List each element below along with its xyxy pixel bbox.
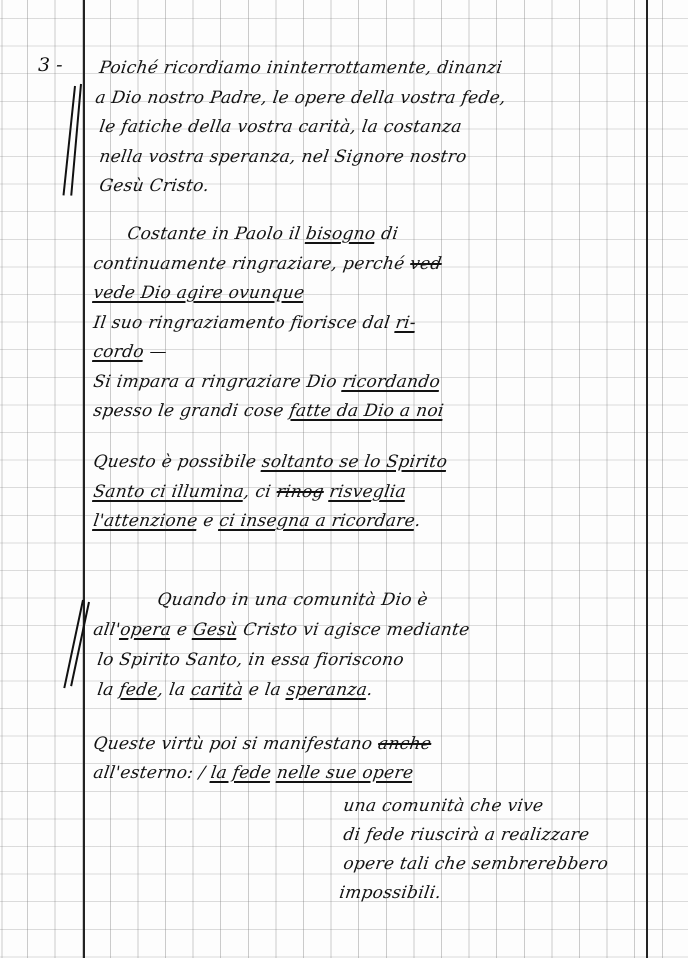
handwritten-text: all'esterno: / xyxy=(92,763,212,783)
handwritten-line: Quando in una comunità Dio è xyxy=(156,590,429,610)
handwritten-line: una comunità che vive xyxy=(342,796,545,816)
underlined-text: carità xyxy=(190,680,245,700)
handwritten-text: Costante in Paolo il xyxy=(126,224,307,244)
handwritten-line: Si impara a ringraziare Dio ricordando xyxy=(92,372,441,392)
handwritten-line: le fatiche della vostra carità, la costa… xyxy=(98,117,463,137)
underlined-text: ricordando xyxy=(341,372,441,392)
handwritten-text: e la xyxy=(242,680,288,700)
handwritten-line: all'opera e Gesù Cristo vi agisce median… xyxy=(92,620,471,640)
handwritten-line: lo Spirito Santo, in essa fioriscono xyxy=(96,650,405,670)
handwritten-text: opere tali che sembrerebbero xyxy=(342,854,610,874)
handwritten-text: le fatiche della vostra carità, la costa… xyxy=(98,117,463,137)
struck-out-text: anche xyxy=(377,734,433,754)
underlined-text: nelle sue opere xyxy=(276,763,415,783)
handwritten-text: Quando in una comunità Dio è xyxy=(156,590,429,610)
handwritten-line: continuamente ringraziare, perché ved xyxy=(92,254,443,274)
underlined-text: bisogno xyxy=(305,224,377,244)
handwritten-text: di fede riuscirà a realizzare xyxy=(342,825,591,845)
left-margin-line xyxy=(83,0,85,958)
handwritten-line: la fede, la carità e la speranza. xyxy=(96,680,374,700)
handwritten-text: Si impara a ringraziare Dio xyxy=(92,372,344,392)
handwritten-text: una comunità che vive xyxy=(342,796,545,816)
underlined-text: vede Dio agire ovunque xyxy=(92,283,306,303)
handwritten-line: di fede riuscirà a realizzare xyxy=(342,825,591,845)
underlined-text: l'attenzione xyxy=(92,511,199,531)
handwritten-line: all'esterno: / la fede nelle sue opere xyxy=(92,763,415,783)
underlined-text: fede xyxy=(118,680,159,700)
handwritten-text: Poiché ricordiamo ininterrottamente, din… xyxy=(98,58,504,78)
underlined-text: Gesù xyxy=(192,620,239,640)
handwritten-text: nella vostra speranza, nel Signore nostr… xyxy=(98,147,468,167)
section-number: 3 - xyxy=(38,54,63,76)
underlined-text: speranza xyxy=(285,680,368,700)
handwritten-text: — xyxy=(143,342,169,362)
handwritten-line: impossibili. xyxy=(338,883,443,903)
struck-out-text: ved xyxy=(409,254,443,274)
handwritten-text: all' xyxy=(92,620,122,640)
underlined-text: soltanto se lo Spirito xyxy=(261,452,449,472)
underlined-text: cordo xyxy=(92,342,145,362)
handwritten-text: continuamente ringraziare, perché xyxy=(92,254,412,274)
handwritten-text: Cristo vi agisce mediante xyxy=(236,620,471,640)
handwritten-line: cordo — xyxy=(92,342,168,362)
handwritten-line: Gesù Cristo. xyxy=(98,176,211,196)
handwritten-text: a Dio nostro Padre, le opere della vostr… xyxy=(94,88,507,108)
handwritten-line: vede Dio agire ovunque xyxy=(92,283,306,303)
handwritten-text: e xyxy=(170,620,195,640)
underlined-text: ci insegna a ricordare xyxy=(218,511,417,531)
handwritten-line: Questo è possibile soltanto se lo Spirit… xyxy=(92,452,449,472)
handwritten-text: Gesù Cristo. xyxy=(98,176,211,196)
handwritten-line: Costante in Paolo il bisogno di xyxy=(126,224,400,244)
handwritten-line: opere tali che sembrerebbero xyxy=(342,854,610,874)
handwritten-line: a Dio nostro Padre, le opere della vostr… xyxy=(94,88,507,108)
underlined-text: opera xyxy=(119,620,173,640)
handwritten-line: Queste virtù poi si manifestano anche xyxy=(92,734,433,754)
handwritten-text: Il suo ringraziamento fiorisce dal xyxy=(92,313,397,333)
handwritten-text: Questo è possibile xyxy=(92,452,263,472)
underlined-text: fatte da Dio a noi xyxy=(288,401,445,421)
underlined-text: ri- xyxy=(394,313,417,333)
underlined-text: la fede xyxy=(209,763,272,783)
handwritten-text: , la xyxy=(156,680,192,700)
right-margin-line xyxy=(646,0,648,958)
struck-out-text: rinog xyxy=(275,482,325,502)
handwritten-text: la xyxy=(96,680,121,700)
handwritten-line: Il suo ringraziamento fiorisce dal ri- xyxy=(92,313,417,333)
handwritten-text: Queste virtù poi si manifestano xyxy=(92,734,380,754)
handwritten-text: spesso le grandi cose xyxy=(92,401,291,421)
handwritten-text: impossibili. xyxy=(338,883,443,903)
handwritten-line: l'attenzione e ci insegna a ricordare. xyxy=(92,511,422,531)
underlined-text: risveglia xyxy=(328,482,407,502)
handwritten-line: Santo ci illumina, ci rinog risveglia xyxy=(92,482,407,502)
handwritten-line: spesso le grandi cose fatte da Dio a noi xyxy=(92,401,445,421)
handwritten-line: nella vostra speranza, nel Signore nostr… xyxy=(98,147,468,167)
handwritten-line: Poiché ricordiamo ininterrottamente, din… xyxy=(98,58,504,78)
handwritten-text: lo Spirito Santo, in essa fioriscono xyxy=(96,650,405,670)
handwritten-text: , ci xyxy=(243,482,278,502)
handwritten-text: e xyxy=(196,511,221,531)
handwritten-text: di xyxy=(374,224,399,244)
underlined-text: Santo ci illumina xyxy=(92,482,245,502)
